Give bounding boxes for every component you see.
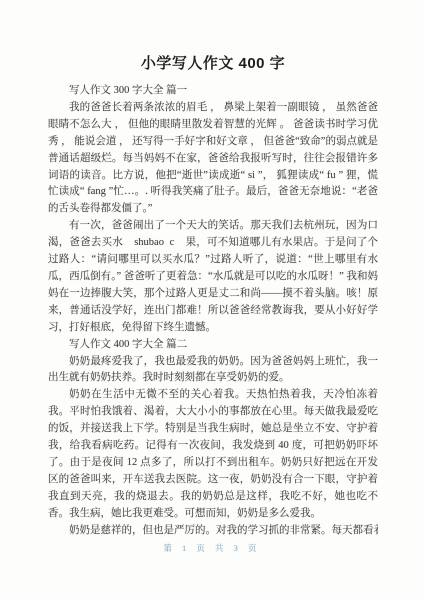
section-2-heading: 写人作文 400 字大全 篇二	[48, 337, 378, 354]
page-number: 第 1 页 共 3 页	[0, 542, 424, 554]
document-body: 写人作文 300 字大全 篇一 我的爸爸长着两条浓浓的眉毛 ， 鼻梁上架着一副眼…	[48, 83, 378, 539]
section-1-paragraph-2: 有一次，爸爸闹出了一个天大的笑话。那天我们去杭州玩，因为口渴，爸爸去买水 shu…	[48, 218, 378, 336]
section-2-paragraph-1: 奶奶最疼爱我了，我也最爱我的奶奶。因为爸爸妈妈上班忙，我一出生就有奶奶扶养。我时…	[48, 354, 378, 388]
section-1-paragraph-1: 我的爸爸长着两条浓浓的眉毛 ， 鼻梁上架着一副眼镜 ， 虽然爸爸眼睛不怎么大 ，…	[48, 100, 378, 218]
section-2-paragraph-2: 奶奶在生活中无微不至的关心着我。天热怕热着我，天冷怕冻着我。平时怕我饿着、渴着，…	[48, 387, 378, 522]
page-title: 小学写人作文 400 字	[48, 54, 378, 74]
section-2-paragraph-3-truncated: 奶奶是慈祥的，但也是严厉的。对我的学习抓的非常紧。每天都看着我把	[48, 523, 378, 540]
document-page: 小学写人作文 400 字 写人作文 300 字大全 篇一 我的爸爸长着两条浓浓的…	[0, 0, 424, 600]
section-1-heading: 写人作文 300 字大全 篇一	[48, 83, 378, 100]
